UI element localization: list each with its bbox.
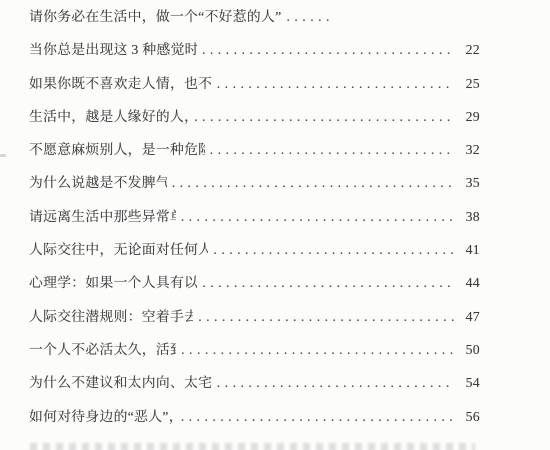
toc-entry-title: 不愿意麻烦别人，是一种危险的人格｜心理学解析：圣母型人格 [29,138,205,158]
dot-leader: . . . . . . . . . . . . . . . . . . . . … [202,275,454,291]
scan-edge-artifact [0,154,6,157]
toc-entry-page-number: 50 [458,342,480,358]
toc-entry-page-number: 29 [458,109,480,125]
dot-leader: . . . . . . . . . . . . . . . . . . . . … [213,242,454,258]
toc-entry: 如何对待身边的“恶人”，最好的办法并不是硬刚 . . . . . . . . .… [29,405,480,438]
toc-entry: 心理学：如果一个人具有以下 3 点特征，说明他相当不好惹 . . . . . .… [29,271,480,304]
dot-leader: . . . . . . . . . . . . . . . . . . . . … [198,309,454,325]
toc-entry: 为什么说越是不发脾气的人，越不能深交？ . . . . . . . . . . … [29,171,480,204]
toc-entry-title: 如果你既不喜欢走人情，也不喜欢和领导接触，那么你不可能有出路 [29,72,212,92]
toc-entry-page-number: 32 [458,142,480,158]
toc-entry: 请你务必在生活中，做一个“不好惹的人” . . . . . . . . . . … [29,5,480,38]
toc-entry: 不愿意麻烦别人，是一种危险的人格｜心理学解析：圣母型人格 . . . . . .… [29,138,480,171]
toc-entry-title: 生活中，越是人缘好的人，越不值得深交，原因很简单 [29,105,189,125]
dot-leader: . . . . . . . . . . . . . . . . . . . . … [172,175,454,191]
scanned-toc-page: 请你务必在生活中，做一个“不好惹的人” . . . . . . . . . . … [0,0,550,450]
toc-entry-title: 当你总是出现这 3 种感觉时，要当心了，你可能被“下套”了 [29,38,197,58]
toc-entry: 请远离生活中那些异常单纯的人，他们很“危险” . . . . . . . . .… [29,205,480,238]
toc-entry-title: 为什么说越是不发脾气的人，越不能深交？ [29,171,167,191]
toc-entry-page-number: 47 [458,309,480,325]
cutoff-next-line-artifact [30,443,475,450]
toc-entry-page-number: 25 [458,76,480,92]
dot-leader: . . . . . . . . . . . . . . . . . . . . … [181,342,454,358]
dot-leader: . . . . . . . . . . . . . . . . . . . . … [181,409,454,425]
toc-entry-title: 人际交往潜规则：空着手去别人的家里，是低情商的表现 [29,305,193,325]
toc-entry: 生活中，越是人缘好的人，越不值得深交，原因很简单 . . . . . . . .… [29,105,480,138]
toc-entry: 人际交往中，无论面对任何人，都不要说这 5 句话，否则祸从口出 . . . . … [29,238,480,271]
toc-entry-page-number: 41 [458,242,480,258]
dot-leader: . . . . . . . . . . . . . . . . . . . . … [194,109,454,125]
toc-entry: 为什么不建议和太内向、太宅的人做朋友？心理学家：性格缺陷明显 . . . . .… [29,371,480,404]
toc-entry-page-number: 38 [458,209,480,225]
toc-entry-page-number: 54 [458,375,480,391]
dot-leader: . . . . . . . . . . . . . . . . . . . . … [217,375,454,391]
dot-leader: . . . . . . . . . . . . . . . . . . . . … [217,76,454,92]
toc-entry: 人际交往潜规则：空着手去别人的家里，是低情商的表现 . . . . . . . … [29,305,480,338]
dot-leader: . . . . . . . . . . . . . . . . . . . . … [202,42,454,58]
toc-entry: 当你总是出现这 3 种感觉时，要当心了，你可能被“下套”了 . . . . . … [29,38,480,71]
dot-leader: . . . . . . . . . . . . . . . . . . . . … [181,209,454,225]
dot-leader: . . . . . . . . . . . . . . . . . . . . … [210,142,454,158]
toc-entry-title: 心理学：如果一个人具有以下 3 点特征，说明他相当不好惹 [29,271,197,291]
toc-entry-title: 人际交往中，无论面对任何人，都不要说这 5 句话，否则祸从口出 [29,238,208,258]
toc-entry-title: 请你务必在生活中，做一个“不好惹的人” [29,5,282,25]
toc-entry-title: 如何对待身边的“恶人”，最好的办法并不是硬刚 [29,405,176,425]
toc-entry-title: 请远离生活中那些异常单纯的人，他们很“危险” [29,205,176,225]
toc-entry-page-number: 56 [458,409,480,425]
toc-entry-page-number: 22 [458,42,480,58]
dot-leader: . . . . . . . . . . . . . . . . . . . . … [287,9,333,25]
table-of-contents: 请你务必在生活中，做一个“不好惹的人” . . . . . . . . . . … [29,5,480,438]
toc-entry-title: 为什么不建议和太内向、太宅的人做朋友？心理学家：性格缺陷明显 [29,371,212,391]
toc-entry-page-number: 35 [458,175,480,191]
toc-entry-page-number: 44 [458,275,480,291]
toc-entry-title: 一个人不必活太久，活到了这个岁数幸福度最高 [29,338,176,358]
toc-entry: 一个人不必活太久，活到了这个岁数幸福度最高 . . . . . . . . . … [29,338,480,371]
toc-entry: 如果你既不喜欢走人情，也不喜欢和领导接触，那么你不可能有出路 . . . . .… [29,72,480,105]
